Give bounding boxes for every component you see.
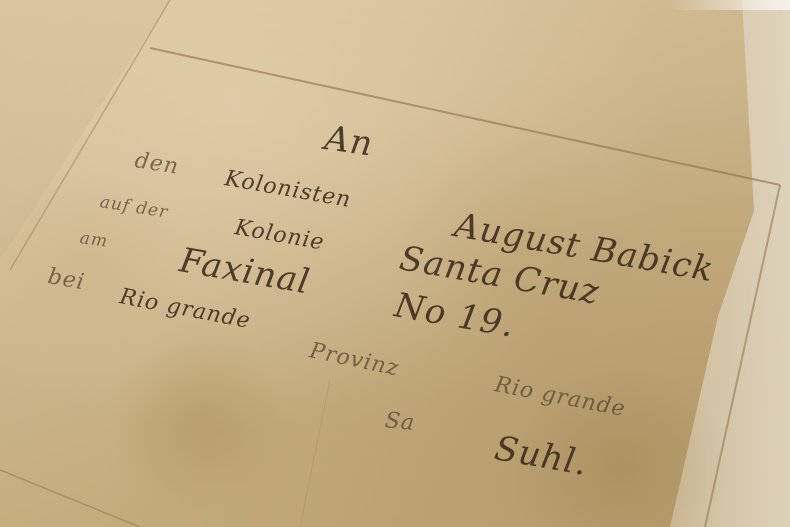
envelope-photo: An den Kolonisten August Babick auf der … [0, 0, 790, 527]
light-highlight [670, 0, 790, 10]
sender-prefix: Sa [384, 408, 417, 436]
origin-town: Suhl. [492, 428, 591, 484]
address-prefix-bei: bei [46, 264, 87, 295]
province-label: Provinz [307, 338, 401, 381]
address-prefix-auf-der: auf der [98, 192, 169, 223]
envelope-flap-left [0, 0, 170, 260]
province-name: Rio grande [493, 372, 628, 422]
address-prefix-am: am [79, 228, 110, 252]
city: Rio grande [118, 284, 253, 334]
address-colony-label: Kolonie [233, 215, 327, 255]
address-title: Kolonisten [223, 166, 353, 213]
address-salutation: An [322, 118, 376, 164]
address-prefix-den: den [133, 148, 181, 180]
